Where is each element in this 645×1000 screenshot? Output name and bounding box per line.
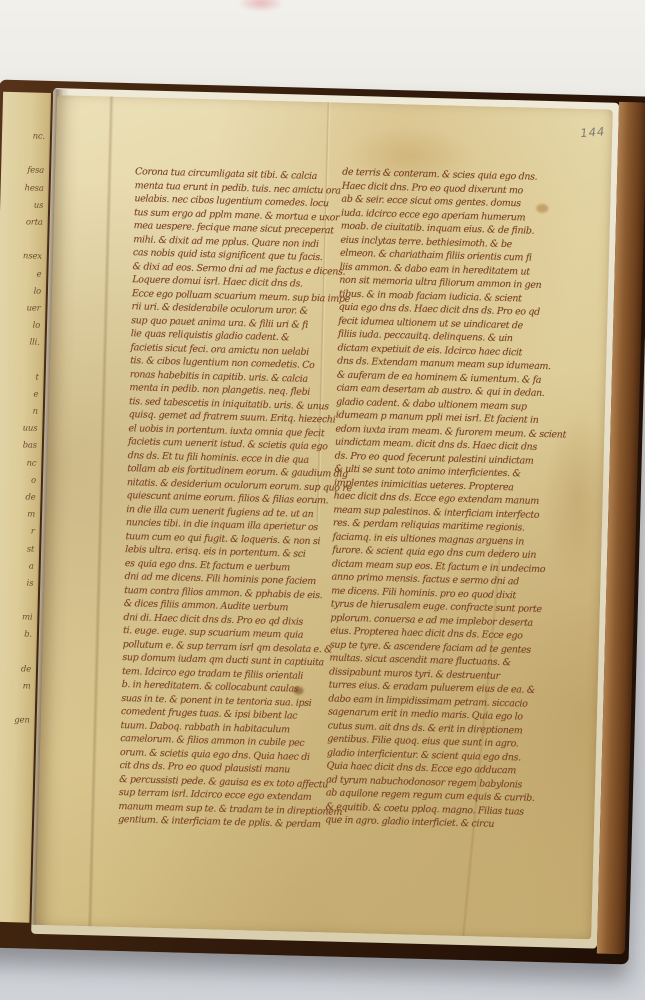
text-column-right: de terris & conteram. & scies quia ego d…: [325, 166, 558, 833]
facing-line-fragment: bas: [0, 437, 37, 455]
facing-line-fragment: [0, 763, 29, 781]
facing-line-fragment: [0, 592, 33, 610]
facing-line-fragment: hesa: [0, 179, 43, 197]
facing-line-fragment: nc: [0, 454, 37, 472]
facing-line-fragment: gen: [0, 712, 30, 730]
facing-line-fragment: lo: [0, 317, 40, 335]
facing-line-fragment: e: [0, 265, 42, 283]
pink-smudge: [238, 0, 284, 12]
facing-line-fragment: nc.: [2, 128, 45, 146]
parchment-fold: [87, 96, 114, 926]
facing-line-fragment: r: [0, 523, 35, 541]
facing-line-fragment: [0, 746, 29, 764]
manuscript-photo: nc.fesahesausortansexelouerlolli.tenuusb…: [0, 0, 645, 1000]
facing-line-fragment: [0, 351, 39, 369]
facing-line-fragment: nsex: [0, 248, 42, 266]
facing-line-fragment: [1, 145, 44, 163]
facing-line-fragment: de: [0, 489, 36, 507]
facing-line-fragment: n: [0, 403, 38, 421]
facing-line-fragment: o: [0, 471, 36, 489]
book-cover: nc.fesahesausortansexelouerlolli.tenuusb…: [0, 80, 645, 965]
facing-line-fragment: e: [0, 385, 38, 403]
facing-line-fragment: a: [0, 557, 34, 575]
facing-line-fragment: b.: [0, 626, 32, 644]
facing-line-fragment: st: [0, 540, 34, 558]
facing-line-fragment: fesa: [1, 162, 44, 180]
facing-line-fragment: is: [0, 574, 34, 592]
facing-line-fragment: m: [0, 506, 35, 524]
facing-line-fragment: [0, 695, 30, 713]
facing-line-fragment: [0, 643, 32, 661]
facing-line-fragment: us: [0, 196, 43, 214]
facing-line-fragment: [0, 231, 43, 249]
parchment-page: 144 Corona tua circumligata sit tibi. & …: [35, 95, 613, 939]
facing-line-fragment: [0, 781, 28, 799]
facing-line-fragment: mi: [0, 609, 33, 627]
text-column-left: Corona tua circumligata sit tibi. & calc…: [118, 165, 337, 832]
folio-number: 144: [580, 124, 606, 140]
facing-line-fragment: uer: [0, 300, 41, 318]
facing-line-fragment: lo: [0, 282, 41, 300]
facing-line-fragment: t: [0, 368, 39, 386]
facing-line-fragment: uus: [0, 420, 38, 438]
facing-line-fragment: m: [0, 678, 31, 696]
facing-line-fragment: [0, 798, 28, 816]
facing-line-fragment: lli.: [0, 334, 40, 352]
facing-line-fragment: [0, 729, 29, 747]
facing-line-fragment: orta: [0, 214, 43, 232]
facing-line-fragment: de: [0, 660, 31, 678]
